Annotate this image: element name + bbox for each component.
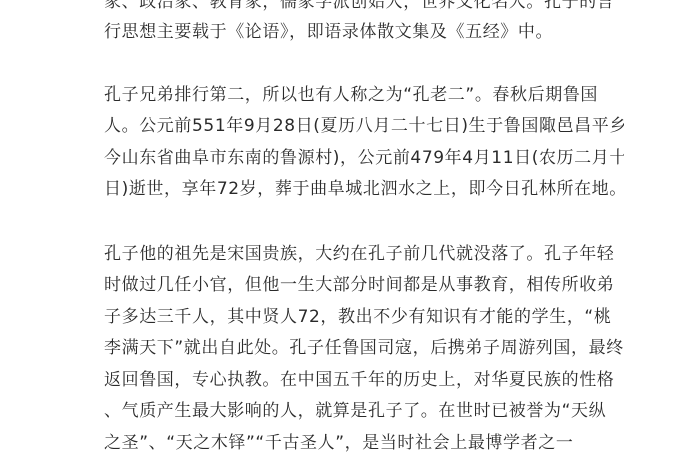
paragraph-2-line-2: 人。公元前551年9月28日(夏历八月二十七日)生于鲁国陬邑昌平乡( (104, 115, 624, 137)
document-page: 家、政治家、教育家，儒家学派创始人，世界文化名人。孔子的言 行思想主要载于《论语… (0, 0, 700, 470)
paragraph-1-line-2: 行思想主要载于《论语》，即语录体散文集及《五经》中。 (104, 21, 624, 43)
paragraph-2-line-1: 孔子兄弟排行第二，所以也有人称之为“孔老二”。春秋后期鲁国 (104, 84, 624, 106)
paragraph-3-line-3: 子多达三千人，其中贤人72，教出不少有知识有才能的学生，“桃 (104, 306, 624, 328)
paragraph-3-line-6: 、气质产生最大影响的人，就算是孔子了。在世时已被誉为“天纵 (104, 400, 624, 422)
paragraph-3-line-7: 之圣”、“天之木铎”“千古圣人”，是当时社会上最博学者之一 (104, 432, 624, 454)
paragraph-3-line-4: 李满天下”就出自此处。孔子任鲁国司寇，后携弟子周游列国，最终 (104, 337, 624, 359)
paragraph-2-line-3: 今山东省曲阜市东南的鲁源村)，公元前479年4月11日(农历二月十一 (104, 147, 624, 169)
paragraph-3-line-5: 返回鲁国，专心执教。在中国五千年的历史上，对华夏民族的性格 (104, 369, 624, 391)
paragraph-2-line-4: 日)逝世，享年72岁，葬于曲阜城北泗水之上，即今日孔林所在地。 (104, 178, 624, 200)
paragraph-3-line-2: 时做过几任小官，但他一生大部分时间都是从事教育，相传所收弟 (104, 274, 624, 296)
paragraph-1-line-1: 家、政治家、教育家，儒家学派创始人，世界文化名人。孔子的言 (104, 0, 624, 13)
paragraph-3-line-1: 孔子他的祖先是宋国贵族，大约在孔子前几代就没落了。孔子年轻 (104, 243, 624, 265)
